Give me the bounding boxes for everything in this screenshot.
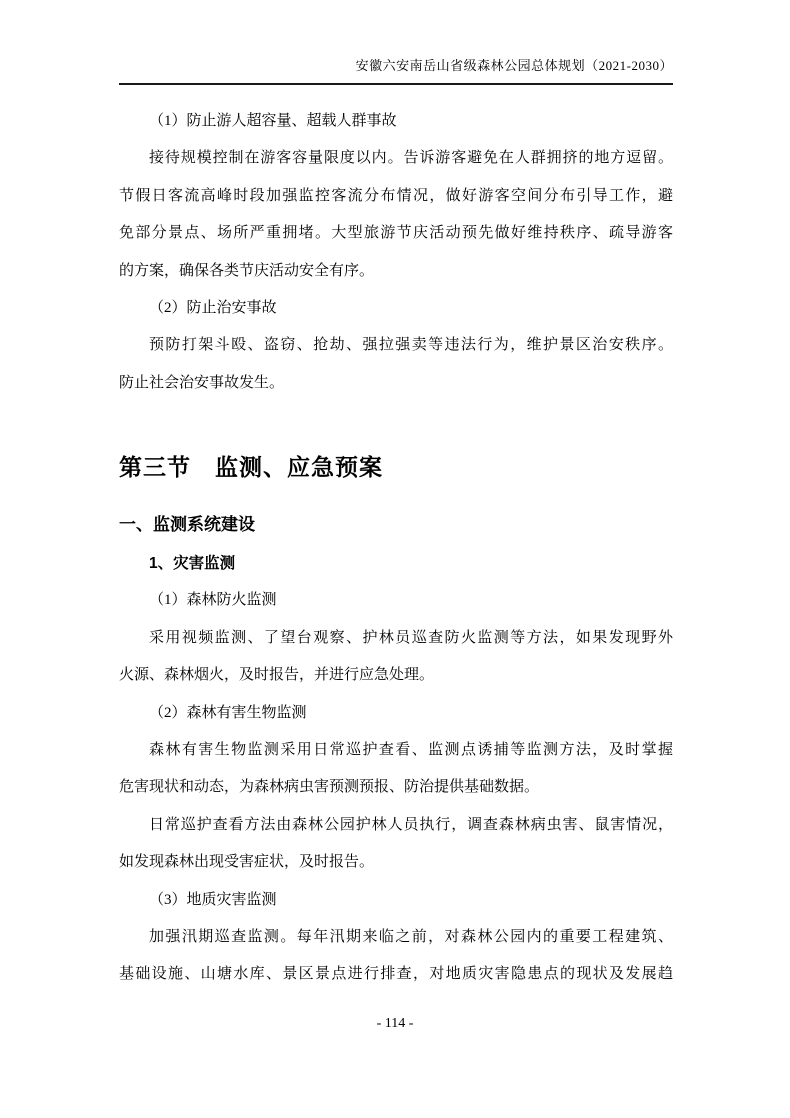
paragraph-line: 基础设施、山塘水库、景区景点进行排查，对地质灾害隐患点的现状及发展趋 [119,956,673,993]
document-page: 安徽六安南岳山省级森林公园总体规划（2021-2030） （1）防止游人超容量、… [0,0,790,1118]
numbered-heading: 1、灾害监测 [119,545,673,582]
paragraph-line: 火源、森林烟火，及时报告，并进行应急处理。 [119,657,673,694]
paragraph-line: 免部分景点、场所严重拥堵。大型旅游节庆活动预先做好维持秩序、疏导游客 [119,215,673,252]
paragraph-line: 日常巡护查看方法由森林公园护林人员执行，调查森林病虫害、鼠害情况， [119,807,673,844]
subsection-heading: 一、监测系统建设 [119,511,673,539]
paragraph-line: 危害现状和动态，为森林病虫害预测预报、防治提供基础数据。 [119,769,673,806]
paragraph-line: 如发现森林出现受害症状，及时报告。 [119,844,673,881]
header-rule-divider [119,83,673,85]
paragraph-line: 节假日客流高峰时段加强监控客流分布情况，做好游客空间分布引导工作，避 [119,178,673,215]
paragraph-line: 的方案，确保各类节庆活动安全有序。 [119,253,673,290]
paragraph-line: 森林有害生物监测采用日常巡护查看、监测点诱捕等监测方法，及时掌握 [119,732,673,769]
paragraph-line: （1）防止游人超容量、超载人群事故 [119,103,673,140]
section-heading: 第三节 监测、应急预案 [119,447,673,487]
paragraph-line: 加强汛期巡查监测。每年汛期来临之前，对森林公园内的重要工程建筑、 [119,919,673,956]
paragraph-line: 采用视频监测、了望台观察、护林员巡查防火监测等方法，如果发现野外 [119,620,673,657]
page-number: - 114 - [0,1014,790,1034]
paragraph-line: 预防打架斗殴、盗窃、抢劫、强拉强卖等违法行为，维护景区治安秩序。 [119,327,673,364]
accident-prevention-paragraphs: （1）防止游人超容量、超载人群事故 接待规模控制在游客容量限度以内。告诉游客避免… [119,103,673,402]
paragraph-line: （3）地质灾害监测 [119,882,673,919]
paragraph-line: 防止社会治安事故发生。 [119,365,673,402]
paragraph-line: （1）森林防火监测 [119,582,673,619]
paragraph-line: （2）森林有害生物监测 [119,695,673,732]
paragraph-line: 接待规模控制在游客容量限度以内。告诉游客避免在人群拥挤的地方逗留。 [119,140,673,177]
monitoring-paragraphs: 1、灾害监测 （1）森林防火监测 采用视频监测、了望台观察、护林员巡查防火监测等… [119,545,673,994]
paragraph-line: （2）防止治安事故 [119,290,673,327]
page-header-title: 安徽六安南岳山省级森林公园总体规划（2021-2030） [119,57,673,75]
